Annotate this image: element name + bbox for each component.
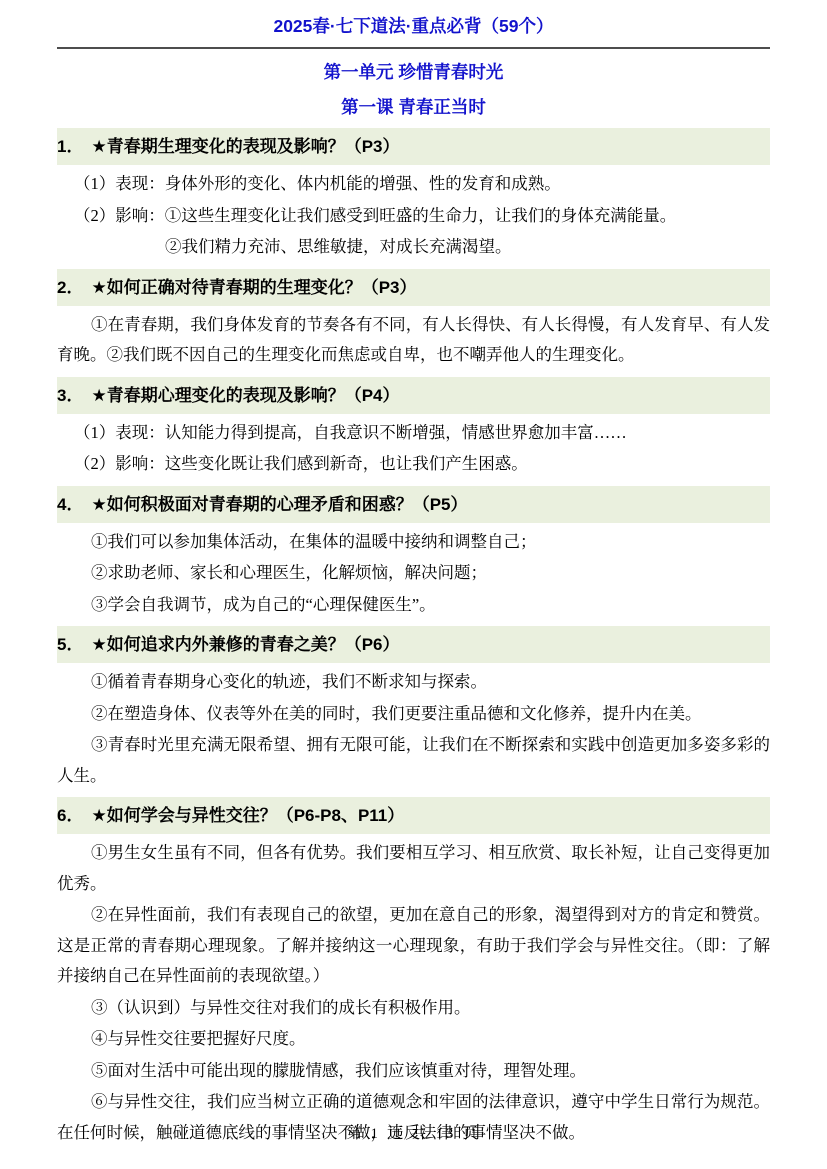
answer-paragraph: ①我们可以参加集体活动，在集体的温暖中接纳和调整自己； (57, 527, 770, 558)
answer-paragraph: （2）影响：这些变化既让我们感到新奇，也让我们产生困惑。 (57, 449, 770, 480)
answer-paragraph: ③（认识到）与异性交往对我们的成长有积极作用。 (57, 993, 770, 1024)
questions: 1．★青春期生理变化的表现及影响？（P3）（1）表现：身体外形的变化、体内机能的… (57, 128, 770, 1148)
question-title-bar: 3．★青春期心理变化的表现及影响？（P4） (57, 377, 770, 414)
document-title: 2025春·七下道法·重点必背（59个） (273, 16, 553, 36)
question-title-bar: 2．★如何正确对待青春期的生理变化？（P3） (57, 269, 770, 306)
question-title: ★如何积极面对青春期的心理矛盾和困惑？（P5） (91, 493, 768, 516)
document-header: 2025春·七下道法·重点必背（59个） (57, 14, 770, 49)
answer-paragraph: ②求助老师、家长和心理医生，化解烦恼，解决问题； (57, 558, 770, 589)
question-title: ★青春期生理变化的表现及影响？（P3） (91, 135, 768, 158)
answer-paragraph: ②在塑造身体、仪表等外在美的同时，我们更要注重品德和文化修养，提升内在美。 (57, 699, 770, 730)
question-title-bar: 5．★如何追求内外兼修的青春之美？（P6） (57, 626, 770, 663)
question-block-1: 1．★青春期生理变化的表现及影响？（P3）（1）表现：身体外形的变化、体内机能的… (57, 128, 770, 263)
answer-paragraph: （2）影响：①这些生理变化让我们感受到旺盛的生命力，让我们的身体充满能量。 (57, 201, 770, 232)
answer-paragraph: ①循着青春期身心变化的轨迹，我们不断求知与探索。 (57, 667, 770, 698)
question-title: ★如何学会与异性交往？（P6-P8、P11） (91, 804, 768, 827)
question-number: 2． (57, 276, 83, 299)
question-title: ★如何正确对待青春期的生理变化？（P3） (91, 276, 768, 299)
question-number: 3． (57, 384, 83, 407)
answer-paragraph: （1）表现：认知能力得到提高，自我意识不断增强，情感世界愈加丰富…… (57, 418, 770, 449)
question-title-bar: 1．★青春期生理变化的表现及影响？（P3） (57, 128, 770, 165)
question-title: ★如何追求内外兼修的青春之美？（P6） (91, 633, 768, 656)
answer-paragraph: ④与异性交往要把握好尺度。 (57, 1024, 770, 1055)
unit-heading: 第一单元 珍惜青春时光 (57, 60, 770, 84)
page-footer: 第 1 页 共 13 页 (0, 1122, 827, 1143)
question-block-4: 4．★如何积极面对青春期的心理矛盾和困惑？（P5）①我们可以参加集体活动，在集体… (57, 486, 770, 621)
question-number: 4． (57, 493, 83, 516)
question-title-bar: 4．★如何积极面对青春期的心理矛盾和困惑？（P5） (57, 486, 770, 523)
answer-paragraph: ②我们精力充沛、思维敏捷，对成长充满渴望。 (57, 232, 770, 263)
question-number: 1． (57, 135, 83, 158)
question-title: ★青春期心理变化的表现及影响？（P4） (91, 384, 768, 407)
answer-paragraph: ①在青春期，我们身体发育的节奏各有不同，有人长得快、有人长得慢，有人发育早、有人… (57, 310, 770, 371)
question-block-2: 2．★如何正确对待青春期的生理变化？（P3）①在青春期，我们身体发育的节奏各有不… (57, 269, 770, 371)
lesson-heading: 第一课 青春正当时 (57, 95, 770, 119)
document-page: 2025春·七下道法·重点必背（59个） 第一单元 珍惜青春时光 第一课 青春正… (0, 0, 827, 1169)
question-block-6: 6．★如何学会与异性交往？（P6-P8、P11）①男生女生虽有不同，但各有优势。… (57, 797, 770, 1148)
question-number: 6． (57, 804, 83, 827)
answer-paragraph: ③学会自我调节，成为自己的“心理保健医生”。 (57, 590, 770, 621)
question-block-5: 5．★如何追求内外兼修的青春之美？（P6）①循着青春期身心变化的轨迹，我们不断求… (57, 626, 770, 791)
answer-paragraph: ②在异性面前，我们有表现自己的欲望，更加在意自己的形象，渴望得到对方的肯定和赞赏… (57, 900, 770, 992)
answer-paragraph: ①男生女生虽有不同，但各有优势。我们要相互学习、相互欣赏、取长补短，让自己变得更… (57, 838, 770, 899)
question-number: 5． (57, 633, 83, 656)
question-block-3: 3．★青春期心理变化的表现及影响？（P4）（1）表现：认知能力得到提高，自我意识… (57, 377, 770, 480)
question-title-bar: 6．★如何学会与异性交往？（P6-P8、P11） (57, 797, 770, 834)
answer-paragraph: （1）表现：身体外形的变化、体内机能的增强、性的发育和成熟。 (57, 169, 770, 200)
answer-paragraph: ③青春时光里充满无限希望、拥有无限可能，让我们在不断探索和实践中创造更加多姿多彩… (57, 730, 770, 791)
answer-paragraph: ⑤面对生活中可能出现的朦胧情感，我们应该慎重对待，理智处理。 (57, 1056, 770, 1087)
